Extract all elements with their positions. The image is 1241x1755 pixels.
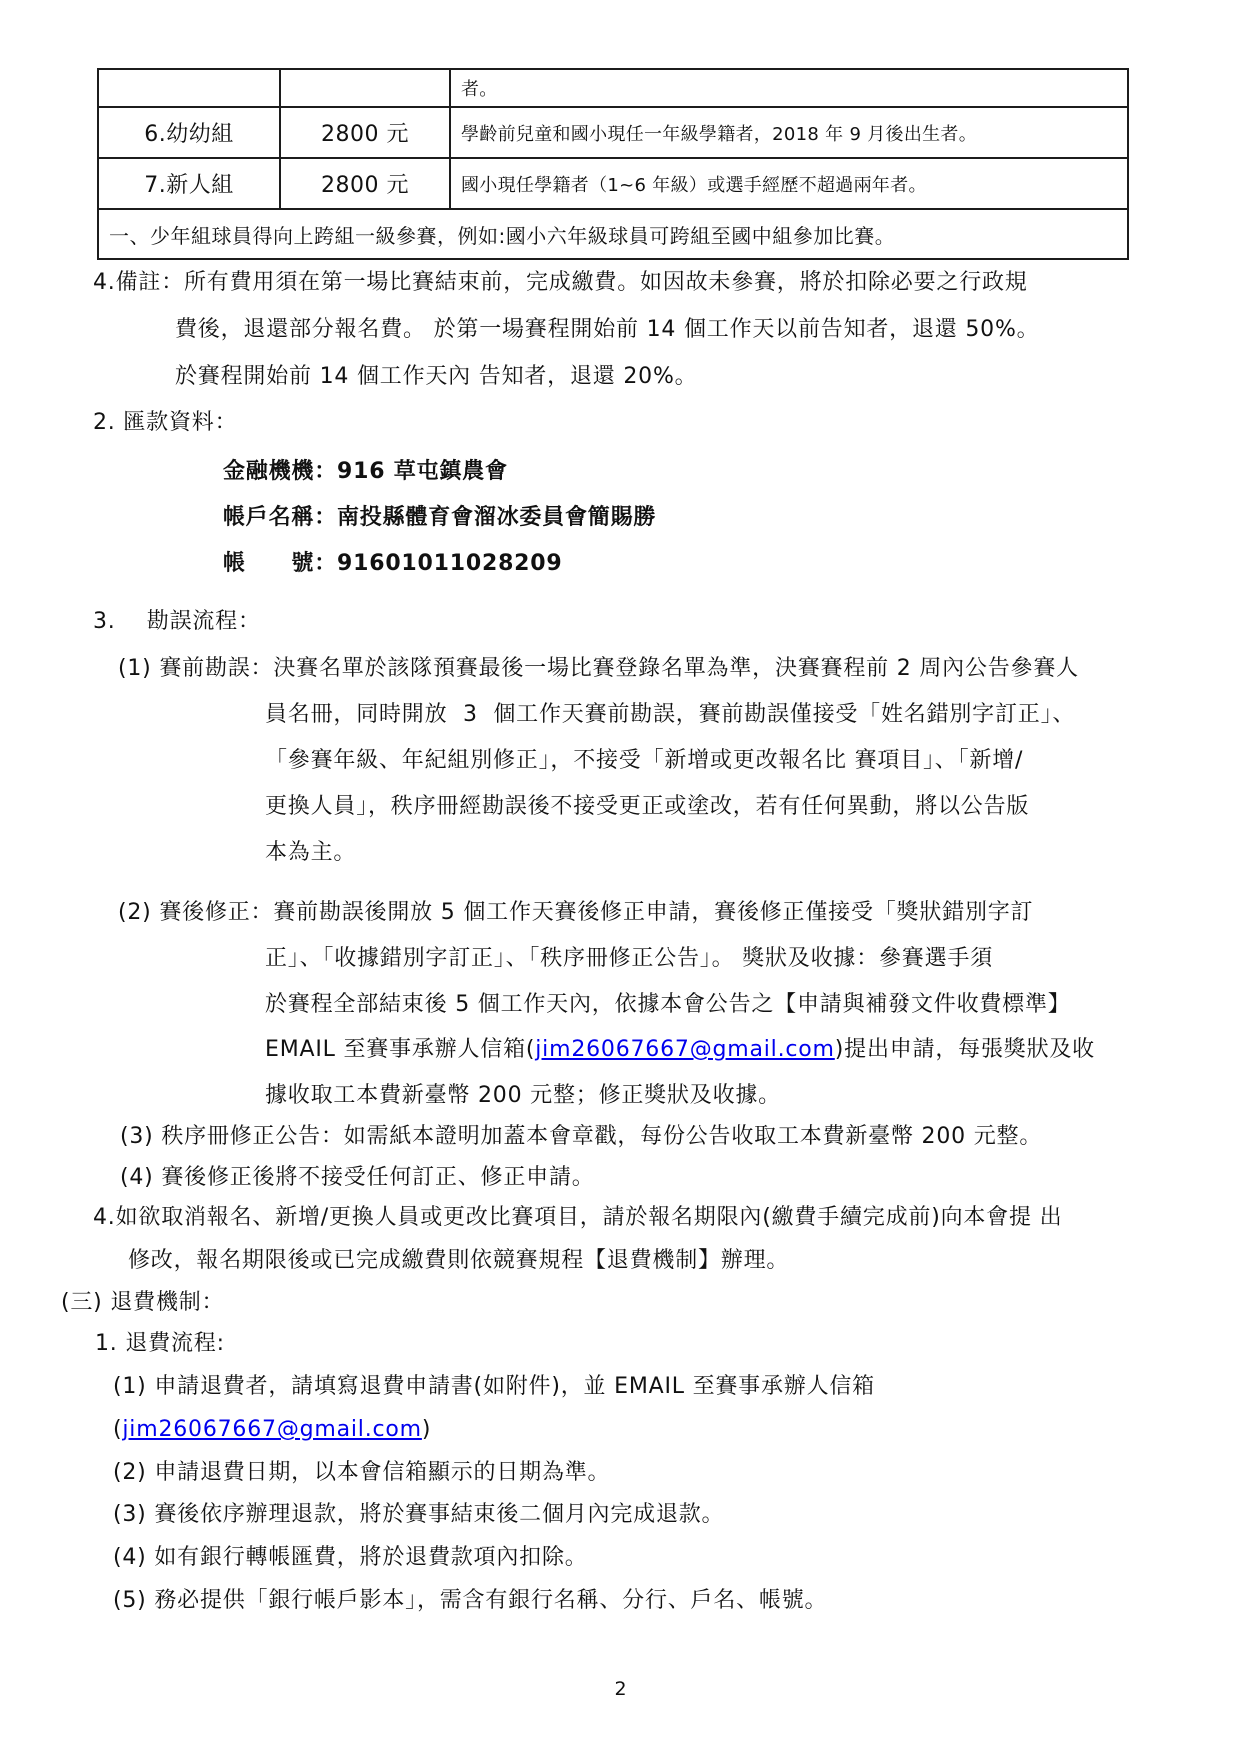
refund-subheading: 1. 退費流程:: [95, 1329, 225, 1359]
desc-cell: 國小現任學籍者（1~6 年級）或選手經歷不超過兩年者。: [450, 158, 1128, 209]
fee-cell: 2800 元: [280, 107, 450, 158]
errata-item2-line-3: 於賽程全部結束後 5 個工作天內，依據本會公告之【申請與補發文件收費標準】: [265, 990, 1071, 1020]
bank-line: 金融機機：916 草屯鎮農會: [223, 457, 508, 487]
desc-cell: 者。: [450, 69, 1128, 107]
errata-item3: (3) 秩序冊修正公告：如需紙本證明加蓋本會章戳，每份公告收取工本費新臺幣 20…: [120, 1122, 1042, 1152]
errata-email-post: )提出申請，每張獎狀及收: [835, 1037, 1095, 1062]
fee-cell: [280, 69, 450, 107]
table-note: 一、少年組球員得向上跨組一級參賽，例如:國小六年級球員可跨組至國中組參加比賽。: [98, 209, 1128, 259]
fee-table: 者。 6.幼幼組 2800 元 學齡前兒童和國小現任一年級學籍者，2018 年 …: [97, 68, 1129, 260]
errata-email-line: EMAIL 至賽事承辦人信箱(jim26067667@gmail.com)提出申…: [265, 1035, 1095, 1065]
page-number: 2: [0, 1678, 1241, 1700]
table-note-row: 一、少年組球員得向上跨組一級參賽，例如:國小六年級球員可跨組至國中組參加比賽。: [98, 209, 1128, 259]
remarks-line-3: 於賽程開始前 14 個工作天內 告知者，退還 20%。: [175, 362, 697, 392]
desc-cell: 學齡前兒童和國小現任一年級學籍者，2018 年 9 月後出生者。: [450, 107, 1128, 158]
errata-item1-line-3: 「參賽年級、年紀組別修正」，不接受「新增或更改報名比 賽項目」、「新增/: [265, 746, 1023, 776]
remarks-line-1: 4.備註：所有費用須在第一場比賽結束前，完成繳費。如因故未參賽，將於扣除必要之行…: [93, 268, 1028, 298]
table-row: 7.新人組 2800 元 國小現任學籍者（1~6 年級）或選手經歷不超過兩年者。: [98, 158, 1128, 209]
refund-heading: (三) 退費機制：: [61, 1288, 224, 1318]
errata-item1-line-5: 本為主。: [265, 838, 356, 868]
group-cell: [98, 69, 280, 107]
remittance-heading: 2. 匯款資料：: [93, 408, 237, 438]
refund-email-pre: (: [113, 1417, 122, 1442]
errata-item1-line-2: 員名冊，同時開放 3 個工作天賽前勘誤，賽前勘誤僅接受「姓名錯別字訂正」、: [265, 700, 1075, 730]
refund-item-2: (2) 申請退費日期，以本會信箱顯示的日期為準。: [113, 1458, 610, 1488]
refund-item-5: (5) 務必提供「銀行帳戶影本」，需含有銀行名稱、分行、戶名、帳號。: [113, 1586, 827, 1616]
account-number-line: 帳 號：91601011028209: [223, 549, 563, 579]
document-page: 者。 6.幼幼組 2800 元 學齡前兒童和國小現任一年級學籍者，2018 年 …: [0, 0, 1241, 1755]
cancellation-line-2: 修改，報名期限後或已完成繳費則依競賽規程【退費機制】辦理。: [128, 1246, 789, 1276]
table-row: 者。: [98, 69, 1128, 107]
errata-item2-line-2: 正」、「收據錯別字訂正」、「秩序冊修正公告」。 獎狀及收據：參賽選手須: [265, 944, 993, 974]
errata-email-pre: EMAIL 至賽事承辦人信箱(: [265, 1037, 535, 1062]
group-cell: 6.幼幼組: [98, 107, 280, 158]
refund-item-1: (1) 申請退費者，請填寫退費申請書(如附件)，並 EMAIL 至賽事承辦人信箱: [113, 1372, 875, 1402]
errata-item1-line-1: (1) 賽前勘誤：決賽名單於該隊預賽最後一場比賽登錄名單為準，決賽賽程前 2 周…: [118, 654, 1079, 684]
refund-email-line: (jim26067667@gmail.com): [113, 1415, 431, 1445]
refund-email-link[interactable]: jim26067667@gmail.com: [122, 1417, 422, 1442]
remarks-line-2: 費後，退還部分報名費。 於第一場賽程開始前 14 個工作天以前告知者，退還 50…: [175, 315, 1039, 345]
fee-cell: 2800 元: [280, 158, 450, 209]
email-link[interactable]: jim26067667@gmail.com: [535, 1037, 835, 1062]
errata-item4: (4) 賽後修正後將不接受任何訂正、修正申請。: [120, 1163, 595, 1193]
table-row: 6.幼幼組 2800 元 學齡前兒童和國小現任一年級學籍者，2018 年 9 月…: [98, 107, 1128, 158]
errata-item1-line-4: 更換人員」，秩序冊經勘誤後不接受更正或塗改，若有任何異動，將以公告版: [265, 792, 1029, 822]
group-cell: 7.新人組: [98, 158, 280, 209]
errata-item2-line-1: (2) 賽後修正：賽前勘誤後開放 5 個工作天賽後修正申請，賽後修正僅接受「獎狀…: [118, 898, 1033, 928]
cancellation-line-1: 4.如欲取消報名、新增/更換人員或更改比賽項目，請於報名期限內(繳費手續完成前)…: [93, 1203, 1062, 1233]
refund-item-3: (3) 賽後依序辦理退款，將於賽事結束後二個月內完成退款。: [113, 1500, 724, 1530]
refund-item-4: (4) 如有銀行轉帳匯費，將於退費款項內扣除。: [113, 1543, 588, 1573]
errata-heading: 3. 勘誤流程：: [93, 607, 261, 637]
account-name-line: 帳戶名稱：南投縣體育會溜冰委員會簡賜勝: [223, 503, 656, 533]
errata-item2-line-5: 據收取工本費新臺幣 200 元整；修正獎狀及收據。: [265, 1081, 781, 1111]
refund-email-post: ): [422, 1417, 431, 1442]
